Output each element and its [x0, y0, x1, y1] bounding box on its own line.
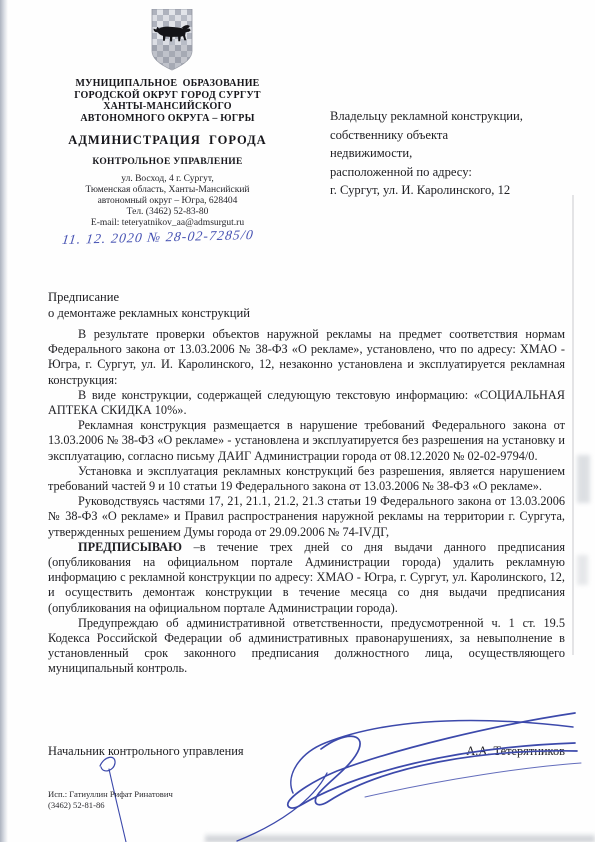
address-line: ул. Восход, 4 г. Сургут,	[50, 174, 285, 185]
document-title-line: о демонтаже рекламных конструкций	[48, 306, 448, 322]
coat-of-arms-icon	[151, 9, 193, 71]
handwritten-signature-icon	[225, 705, 585, 842]
document-title: Предписание о демонтаже рекламных констр…	[48, 290, 448, 321]
scan-smudge	[577, 455, 590, 503]
body-paragraph-prescribe: ПРЕДПИСЫВАЮ –в течение трех дней со дня …	[48, 540, 565, 616]
department-title: КОНТРОЛЬНОЕ УПРАВЛЕНИЕ	[50, 157, 285, 167]
recipient-line: расположенной по адресу:	[330, 163, 575, 182]
address-line: автономный округ – Югра, 628404	[50, 196, 285, 207]
scanned-document-page: МУНИЦИПАЛЬНОЕ ОБРАЗОВАНИЕ ГОРОДСКОЙ ОКРУ…	[0, 0, 595, 842]
body-paragraph: Руководствуясь частями 17, 21, 21.1, 21.…	[48, 494, 565, 540]
recipient-line: собственнику объекта	[330, 126, 575, 145]
document-title-line: Предписание	[48, 290, 448, 306]
administration-title: АДМИНИСТРАЦИЯ ГОРОДА	[50, 133, 285, 148]
handwritten-reference-number: 11. 12. 2020 № 28-02-7285/0	[61, 226, 293, 248]
document-body: В результате проверки объектов наружной …	[48, 327, 565, 677]
org-name-line: МУНИЦИПАЛЬНОЕ ОБРАЗОВАНИЕ	[50, 78, 285, 90]
body-paragraph: В виде конструкции, содержащей следующую…	[48, 388, 565, 418]
executor-phone: (3462) 52-81-86	[48, 800, 173, 811]
recipient-block: Владельцу рекламной конструкции, собстве…	[330, 107, 575, 200]
body-paragraph: Рекламная конструкция размещается в нару…	[48, 418, 565, 464]
org-name-line: АВТОНОМНОГО ОКРУГА – ЮГРЫ	[50, 113, 285, 125]
recipient-line: г. Сургут, ул. И. Каролинского, 12	[330, 181, 575, 200]
org-name-line: ХАНТЫ-МАНСИЙСКОГО	[50, 101, 285, 113]
address-line: Тюменская область, Ханты-Мансийский	[50, 185, 285, 196]
executor-block: Исп.: Гатиуллин Рифат Ринатович (3462) 5…	[48, 789, 173, 811]
recipient-line: Владельцу рекламной конструкции,	[330, 107, 575, 126]
org-name-line: ГОРОДСКОЙ ОКРУГ ГОРОД СУРГУТ	[50, 90, 285, 102]
scan-edge-left	[0, 0, 8, 842]
letterhead: МУНИЦИПАЛЬНОЕ ОБРАЗОВАНИЕ ГОРОДСКОЙ ОКРУ…	[50, 78, 285, 229]
phone-line: Тел. (3462) 52-83-80	[50, 207, 285, 218]
prescribe-keyword: ПРЕДПИСЫВАЮ	[78, 540, 182, 554]
recipient-line: недвижимости,	[330, 144, 575, 163]
scan-line-right	[572, 195, 574, 655]
body-paragraph: Установка и эксплуатация рекламных конст…	[48, 464, 565, 494]
scan-smudge	[577, 555, 588, 585]
body-paragraph: В результате проверки объектов наружной …	[48, 327, 565, 388]
org-address-block: ул. Восход, 4 г. Сургут, Тюменская облас…	[50, 174, 285, 229]
body-paragraph: Предупреждаю об административной ответст…	[48, 616, 565, 677]
executor-name: Исп.: Гатиуллин Рифат Ринатович	[48, 789, 173, 800]
